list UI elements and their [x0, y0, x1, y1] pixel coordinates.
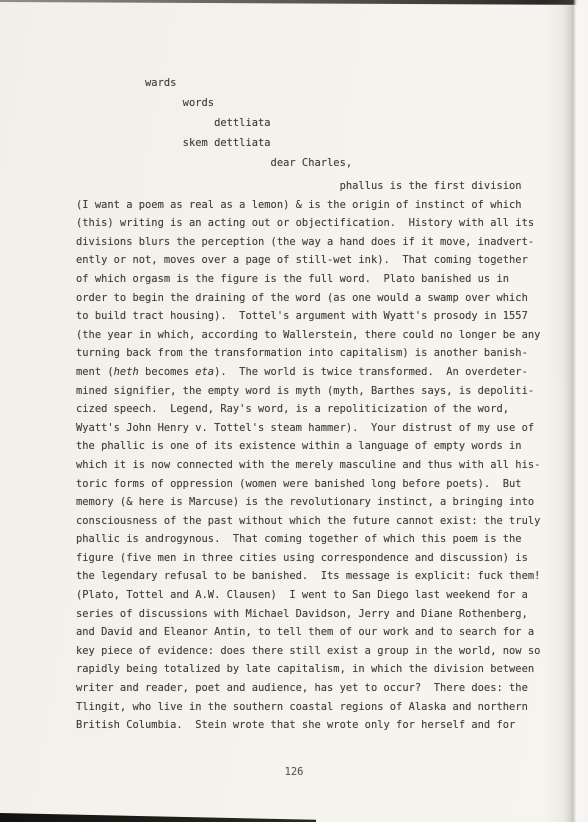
text-segment: consciousness of the past without which … [76, 515, 540, 527]
text-line: writer and reader, poet and audience, ha… [76, 679, 540, 698]
text-segment: British Columbia. Stein wrote that she w… [76, 719, 515, 731]
text-line: which it is now connected with the merel… [76, 456, 540, 475]
text-line: phallic is androgynous. That coming toge… [76, 530, 540, 549]
italic-word: eta [195, 366, 214, 378]
text-line: (I want a poem as real as a lemon) & is … [76, 196, 540, 215]
text-line: (this) writing is an acting out or objec… [76, 214, 540, 233]
text-line: phallus is the first division [76, 177, 540, 196]
text-segment: the legendary refusal to be banished. It… [76, 570, 540, 582]
text-line: (Plato, Tottel and A.W. Clausen) I went … [76, 586, 540, 605]
text-line: toric forms of oppression (women were ba… [76, 475, 540, 494]
text-line: mined signifier, the empty word is myth … [76, 382, 540, 401]
text-segment: becomes [139, 366, 195, 378]
text-line: ently or not, moves over a page of still… [76, 251, 540, 270]
scan-edge-bottom [0, 811, 316, 822]
text-line: ment (heth becomes eta). The world is tw… [76, 363, 540, 382]
text-line: Wyatt's John Henry v. Tottel's steam ham… [76, 419, 540, 438]
text-segment: memory (& here is Marcuse) is the revolu… [76, 496, 534, 508]
text-segment: phallus is the first division [76, 180, 522, 192]
text-segment: to build tract housing). Tottel's argume… [76, 310, 528, 322]
text-segment: divisions blurs the perception (the way … [76, 236, 534, 248]
text-line: figure (five men in three cities using c… [76, 549, 540, 568]
text-line: cized speech. Legend, Ray's word, is a r… [76, 400, 540, 419]
text-segment: rapidly being totalized by late capitali… [76, 663, 534, 675]
text-segment: cized speech. Legend, Ray's word, is a r… [76, 403, 509, 415]
text-segment: words [76, 97, 214, 109]
text-line: wards [76, 73, 352, 93]
text-line: the legendary refusal to be banished. It… [76, 567, 540, 586]
text-segment: the phallic is one of its existence with… [76, 440, 522, 452]
scan-edge-top [0, 0, 588, 6]
page-number: 126 [0, 766, 588, 778]
text-line: dettliata [76, 113, 352, 133]
page-curl-shadow [544, 0, 588, 822]
text-segment: writer and reader, poet and audience, ha… [76, 682, 528, 694]
text-line: consciousness of the past without which … [76, 512, 540, 531]
text-segment: Wyatt's John Henry v. Tottel's steam ham… [76, 422, 534, 434]
text-line: to build tract housing). Tottel's argume… [76, 307, 540, 326]
text-segment: ment ( [76, 366, 114, 378]
text-segment: ). The world is twice transformed. An ov… [214, 366, 528, 378]
text-line: skem dettliata [76, 133, 352, 153]
text-segment: dear Charles, [76, 157, 352, 169]
text-segment: Tlingit, who live in the southern coasta… [76, 701, 528, 713]
text-segment: order to begin the draining of the word … [76, 292, 528, 304]
text-line: divisions blurs the perception (the way … [76, 233, 540, 252]
text-segment: mined signifier, the empty word is myth … [76, 385, 534, 397]
italic-word: heth [114, 366, 139, 378]
text-line: of which orgasm is the figure is the ful… [76, 270, 540, 289]
text-line: Tlingit, who live in the southern coasta… [76, 698, 540, 717]
letter-heading: wards words dettliata skem dettliata dea… [76, 73, 352, 173]
book-page: wards words dettliata skem dettliata dea… [0, 0, 588, 822]
text-segment: (the year in which, according to Wallers… [76, 329, 540, 341]
text-line: order to begin the draining of the word … [76, 289, 540, 308]
text-segment: of which orgasm is the figure is the ful… [76, 273, 509, 285]
text-line: turning back from the transformation int… [76, 344, 540, 363]
text-segment: wards [76, 77, 176, 89]
text-line: rapidly being totalized by late capitali… [76, 660, 540, 679]
text-segment: dettliata [76, 117, 271, 129]
text-line: (the year in which, according to Wallers… [76, 326, 540, 345]
text-line: memory (& here is Marcuse) is the revolu… [76, 493, 540, 512]
text-segment: which it is now connected with the merel… [76, 459, 540, 471]
text-line: and David and Eleanor Antin, to tell the… [76, 623, 540, 642]
text-segment: (Plato, Tottel and A.W. Clausen) I went … [76, 589, 528, 601]
text-segment: toric forms of oppression (women were ba… [76, 478, 522, 490]
text-segment: (this) writing is an acting out or objec… [76, 217, 534, 229]
text-line: words [76, 93, 352, 113]
text-segment: (I want a poem as real as a lemon) & is … [76, 199, 522, 211]
text-segment: figure (five men in three cities using c… [76, 552, 528, 564]
text-segment: phallic is androgynous. That coming toge… [76, 533, 522, 545]
letter-body: phallus is the first division(I want a p… [76, 177, 540, 735]
text-segment: ently or not, moves over a page of still… [76, 254, 528, 266]
text-line: British Columbia. Stein wrote that she w… [76, 716, 540, 735]
text-segment: skem dettliata [76, 137, 271, 149]
text-line: dear Charles, [76, 153, 352, 173]
text-segment: key piece of evidence: does there still … [76, 645, 540, 657]
text-segment: series of discussions with Michael David… [76, 608, 528, 620]
text-line: the phallic is one of its existence with… [76, 437, 540, 456]
text-segment: and David and Eleanor Antin, to tell the… [76, 626, 534, 638]
text-line: key piece of evidence: does there still … [76, 642, 540, 661]
text-line: series of discussions with Michael David… [76, 605, 540, 624]
text-segment: turning back from the transformation int… [76, 347, 528, 359]
